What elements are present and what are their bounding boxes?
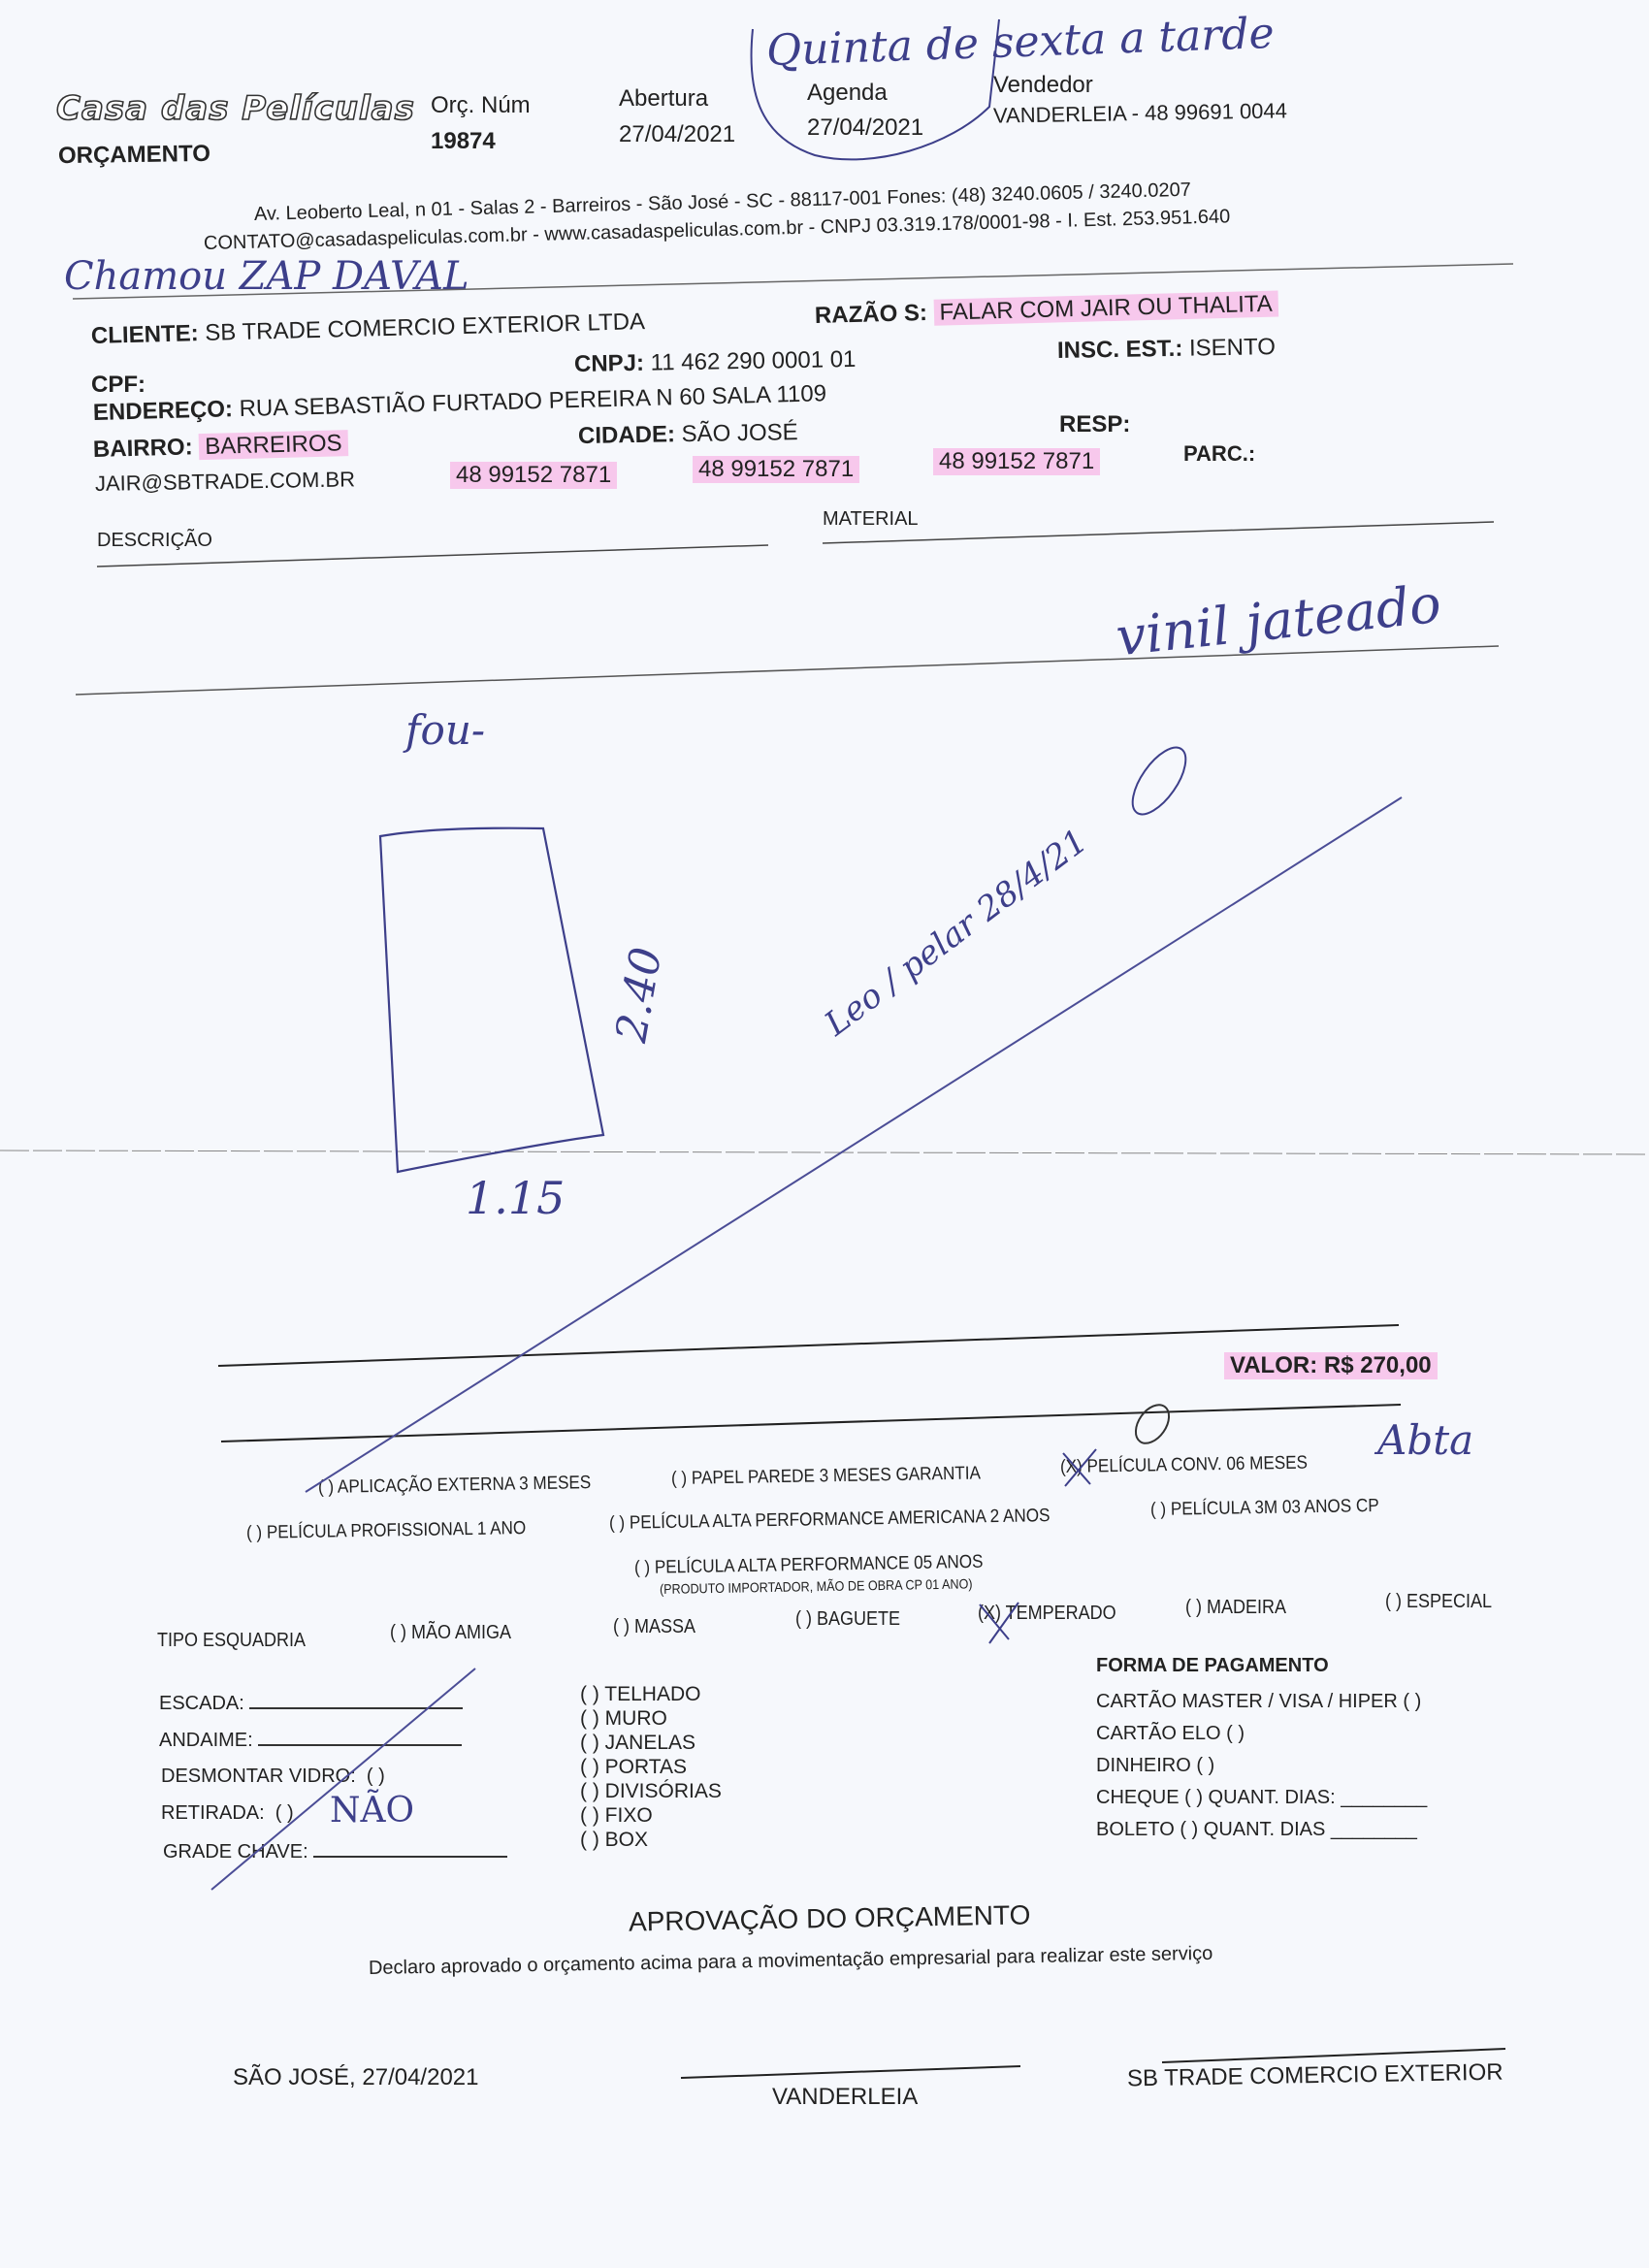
location-option[interactable]: ( ) PORTAS	[580, 1755, 722, 1779]
location-label: MURO	[605, 1707, 667, 1730]
endereco-value: RUA SEBASTIÃO FURTADO PEREIRA N 60 SALA …	[239, 380, 826, 422]
valor-total: VALOR: R$ 270,00	[1224, 1352, 1438, 1379]
cpf-label: CPF:	[91, 372, 145, 398]
doodle-icon	[1122, 739, 1195, 823]
location-list: ( ) TELHADO ( ) MURO ( ) JANELAS ( ) POR…	[580, 1682, 722, 1852]
andaime-field: ANDAIME:	[159, 1730, 462, 1752]
location-option[interactable]: ( ) JANELAS	[580, 1731, 722, 1755]
cliente-value: SB TRADE COMERCIO EXTERIOR LTDA	[205, 308, 645, 346]
client-phone-2: 48 99152 7871	[693, 456, 859, 483]
esquadria-label: TIPO ESQUADRIA	[157, 1630, 306, 1652]
option-label: MÃO AMIGA	[411, 1622, 511, 1643]
razao-field: RAZÃO S: FALAR COM JAIR OU THALITA	[815, 290, 1278, 329]
option-label: TEMPERADO	[1006, 1603, 1116, 1624]
width-measure: 1.15	[466, 1172, 565, 1224]
approval-place-date: SÃO JOSÉ, 27/04/2021	[233, 2064, 479, 2091]
client-signature-label: SB TRADE COMERCIO EXTERIOR	[1127, 2059, 1503, 2093]
location-option[interactable]: ( ) MURO	[580, 1706, 722, 1731]
cliente-label: CLIENTE:	[91, 320, 199, 349]
orc-num-label: Orç. Núm	[431, 92, 531, 119]
endereco-label: ENDEREÇO:	[93, 396, 234, 426]
doodle-icon	[1129, 1399, 1176, 1449]
approval-statement: Declaro aprovado o orçamento acima para …	[369, 1943, 1213, 1980]
location-label: FIXO	[605, 1804, 653, 1827]
location-label: DIVISÓRIAS	[605, 1780, 722, 1802]
vendedor-value: VANDERLEIA - 48 99691 0044	[993, 98, 1287, 128]
client-phone-3: 48 99152 7871	[933, 448, 1100, 475]
escada-line[interactable]	[249, 1707, 463, 1709]
razao-label: RAZÃO S:	[815, 300, 928, 329]
location-option[interactable]: ( ) FIXO	[580, 1803, 722, 1828]
cidade-field: CIDADE: SÃO JOSÉ	[578, 419, 798, 450]
product-option-3[interactable]: ( ) PELÍCULA PROFISSIONAL 1 ANO	[246, 1518, 527, 1544]
escada-field: ESCADA:	[159, 1693, 463, 1715]
location-label: BOX	[605, 1829, 648, 1851]
esquadria-option-madeira[interactable]: ( ) MADEIRA	[1185, 1597, 1286, 1619]
product-option-4[interactable]: ( ) PELÍCULA ALTA PERFORMANCE AMERICANA …	[609, 1506, 1051, 1535]
location-option[interactable]: ( ) BOX	[580, 1828, 722, 1852]
payment-option-card[interactable]: CARTÃO MASTER / VISA / HIPER ( )	[1096, 1686, 1427, 1718]
product-option-6[interactable]: ( ) PELÍCULA ALTA PERFORMANCE 05 ANOS	[634, 1552, 984, 1579]
cnpj-label: CNPJ:	[574, 350, 644, 377]
cpf-field: CPF:	[91, 372, 145, 399]
retirada-field: RETIRADA: ( )	[161, 1802, 294, 1825]
payment-option-cash[interactable]: DINHEIRO ( )	[1096, 1750, 1427, 1782]
payment-options: CARTÃO MASTER / VISA / HIPER ( ) CARTÃO …	[1096, 1686, 1427, 1846]
escada-label: ESCADA:	[159, 1693, 244, 1714]
option-label: BAGUETE	[817, 1608, 900, 1630]
orc-num-value: 19874	[431, 128, 496, 155]
material-label: MATERIAL	[823, 508, 919, 531]
handwritten-schedule-note: Quinta de sexta a tarde	[765, 9, 1275, 76]
desmontar-field: DESMONTAR VIDRO: ( )	[161, 1766, 385, 1788]
bairro-label: BAIRRO:	[93, 434, 193, 463]
esquadria-option-especial[interactable]: ( ) ESPECIAL	[1385, 1591, 1492, 1613]
product-label: PELÍCULA ALTA PERFORMANCE AMERICANA 2 AN…	[630, 1506, 1051, 1534]
desmontar-label: DESMONTAR VIDRO:	[161, 1766, 356, 1787]
location-label: TELHADO	[604, 1683, 700, 1705]
cnpj-value: 11 462 290 0001 01	[650, 346, 856, 376]
payment-option-elo[interactable]: CARTÃO ELO ( )	[1096, 1718, 1427, 1750]
cidade-value: SÃO JOSÉ	[681, 419, 797, 447]
location-label: JANELAS	[605, 1732, 695, 1754]
option-label: MASSA	[634, 1616, 695, 1637]
location-option[interactable]: ( ) DIVISÓRIAS	[580, 1779, 722, 1803]
approval-title: APROVAÇÃO DO ORÇAMENTO	[629, 1899, 1031, 1937]
insc-value: ISENTO	[1189, 334, 1276, 362]
grade-field: GRADE CHAVE:	[163, 1841, 507, 1863]
diagonal-note: Leo / pelar 28/4/21	[818, 822, 1095, 1044]
window-sketch-icon	[380, 828, 603, 1172]
seller-signature-label: VANDERLEIA	[772, 2084, 918, 2111]
insc-label: INSC. EST.:	[1057, 336, 1183, 364]
grade-label: GRADE CHAVE:	[163, 1841, 308, 1863]
product-label: PAPEL PAREDE 3 MESES GARANTIA	[692, 1463, 981, 1488]
product-label: PELÍCULA PROFISSIONAL 1 ANO	[267, 1518, 527, 1543]
payment-title: FORMA DE PAGAMENTO	[1096, 1655, 1329, 1677]
sketch-note: fou-	[405, 706, 485, 754]
agenda-label: Agenda	[807, 80, 888, 107]
handwritten-client-note: Chamou ZAP DAVAL	[64, 254, 469, 299]
andaime-label: ANDAIME:	[159, 1730, 253, 1751]
parc-label: PARC.:	[1183, 441, 1255, 467]
company-logo: Casa das Películas	[56, 89, 415, 128]
retirada-label: RETIRADA:	[161, 1802, 265, 1824]
resp-field: RESP:	[1059, 411, 1130, 438]
product-note: (PRODUTO IMPORTADOR, MÃO DE OBRA CP 01 A…	[660, 1575, 973, 1597]
resp-label: RESP:	[1059, 411, 1130, 437]
document-type: ORÇAMENTO	[58, 141, 210, 170]
material-handwritten: vinil jateado	[1114, 573, 1444, 668]
client-phone-1: 48 99152 7871	[450, 462, 617, 489]
product-label: PELÍCULA 3M 03 ANOS CP	[1171, 1496, 1379, 1520]
abertura-value: 27/04/2021	[619, 121, 735, 148]
bairro-field: BAIRRO: BARREIROS	[93, 430, 348, 464]
diagonal-strike-stroke	[306, 797, 1402, 1492]
payment-option-cheque[interactable]: CHEQUE ( ) QUANT. DIAS: ________	[1096, 1782, 1427, 1814]
product-option-5[interactable]: ( ) PELÍCULA 3M 03 ANOS CP	[1150, 1496, 1379, 1521]
valor-handwritten: Abta	[1377, 1416, 1473, 1464]
cidade-label: CIDADE:	[578, 421, 675, 449]
location-label: PORTAS	[605, 1756, 687, 1778]
cliente-field: CLIENTE: SB TRADE COMERCIO EXTERIOR LTDA	[91, 308, 646, 350]
product-option-2[interactable]: (X) PELÍCULA CONV. 06 MESES	[1060, 1453, 1308, 1478]
esquadria-option-mao-amiga[interactable]: ( ) MÃO AMIGA	[390, 1622, 511, 1644]
vendedor-label: Vendedor	[993, 72, 1093, 99]
product-label: PELÍCULA CONV. 06 MESES	[1086, 1453, 1308, 1477]
retirada-handwritten: NÃO	[330, 1791, 414, 1831]
esquadria-option-baguete[interactable]: ( ) BAGUETE	[795, 1608, 900, 1631]
option-label: ESPECIAL	[1406, 1591, 1492, 1612]
insc-field: INSC. EST.: ISENTO	[1057, 334, 1276, 365]
esquadria-option-temperado[interactable]: (X) TEMPERADO	[978, 1603, 1116, 1625]
location-option[interactable]: ( ) TELHADO	[580, 1682, 722, 1706]
grade-line[interactable]	[313, 1856, 507, 1858]
client-email: JAIR@SBTRADE.COM.BR	[95, 467, 355, 497]
cnpj-field: CNPJ: 11 462 290 0001 01	[574, 346, 857, 378]
product-option-0[interactable]: ( ) APLICAÇÃO EXTERNA 3 MESES	[318, 1473, 592, 1499]
product-label: PELÍCULA ALTA PERFORMANCE 05 ANOS	[655, 1552, 984, 1578]
bairro-value: BARREIROS	[199, 430, 348, 460]
razao-value: FALAR COM JAIR OU THALITA	[933, 290, 1278, 325]
product-option-1[interactable]: ( ) PAPEL PAREDE 3 MESES GARANTIA	[671, 1463, 981, 1490]
option-label: MADEIRA	[1207, 1597, 1286, 1618]
product-label: APLICAÇÃO EXTERNA 3 MESES	[338, 1473, 592, 1498]
descricao-label: DESCRIÇÃO	[97, 530, 212, 552]
esquadria-option-massa[interactable]: ( ) MASSA	[613, 1616, 695, 1638]
payment-option-boleto[interactable]: BOLETO ( ) QUANT. DIAS ________	[1096, 1814, 1427, 1846]
andaime-line[interactable]	[258, 1744, 462, 1746]
height-measure: 2.40	[606, 944, 671, 1046]
agenda-value: 27/04/2021	[807, 114, 923, 142]
abertura-label: Abertura	[619, 85, 708, 113]
